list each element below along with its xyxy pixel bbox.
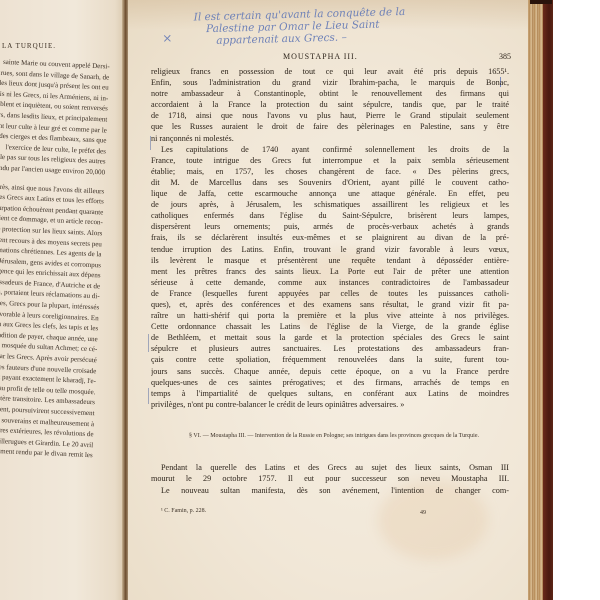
section-heading: § VI. — Moustapha III. — Intervention de… (166, 432, 502, 441)
text-line: privilèges, n'ont pu contre-balancer le … (151, 399, 509, 410)
text-line: ils levèrent le masque et présentèrent u… (151, 255, 509, 266)
text-line: Cette ordonnance chassait les Latins de … (151, 321, 509, 332)
signature-mark: 49 (420, 510, 426, 516)
footnote: ¹ C. Famin, p. 228. (161, 508, 206, 514)
left-page: LA TURQUIE. sainte Marie ou couvent appe… (0, 0, 125, 600)
pencil-margin-mark (150, 136, 151, 150)
body-text: religieux francs en possession de tout c… (151, 66, 509, 410)
text-line: Enfin, sous l'administration du grand vi… (151, 77, 509, 88)
cover-top-edge (530, 0, 552, 4)
left-running-head: LA TURQUIE. (2, 42, 56, 50)
open-book-photo: LA TURQUIE. sainte Marie ou couvent appe… (0, 0, 600, 600)
left-page-text: sainte Marie ou couvent appelé Dersi-rue… (0, 56, 110, 461)
text-line: notre ambassadeur à Constantinople, obti… (151, 88, 509, 99)
text-line: frais, ils se déclarèrent insultés eux-m… (151, 232, 509, 243)
text-line: France, toute intrigue des Grecs fut int… (151, 155, 509, 166)
text-line: ques), et, après des conférences et des … (151, 299, 509, 310)
text-line: temps à l'impartialité de quelques sulta… (151, 388, 509, 399)
text-line: que les Russes auraient le droit de fair… (151, 121, 509, 132)
text-line: çais contre cette spoliation, fréquemmen… (151, 354, 509, 365)
text-line: dit M. de Marcellus dans ses Souvenirs d… (151, 177, 509, 188)
text-line: tendue irruption des Latins. Enfin, trou… (151, 244, 509, 255)
text-line: établie; mais, en 1757, les choses chang… (151, 166, 509, 177)
text-line: de jours après, à Jérusalem, les schisma… (151, 199, 509, 210)
chapter-title: MOUSTAPHA III. (283, 52, 358, 61)
text-line: dispersèrent leurs ornements; puis, armé… (151, 221, 509, 232)
cross-mark-icon: × (162, 32, 172, 44)
page-number: 385 (499, 52, 511, 61)
text-line: lique de Jaffa, cette escarmouche annonç… (151, 188, 509, 199)
text-line: Pendant la querelle des Latins et des Gr… (151, 462, 509, 473)
text-line: catholiques enfermés dans l'église du Sa… (151, 210, 509, 221)
text-line: de 1718, ainsi que nous l'avons vu plus … (151, 110, 509, 121)
right-page: × Il est certain qu'avant la conquête de… (128, 0, 528, 600)
text-line: mourut le 29 octobre 1757. Il eut pour s… (151, 473, 509, 484)
text-line: accordaient à la France la protection du… (151, 99, 509, 110)
text-line: quelques-unes de ces saintes prérogative… (151, 377, 509, 388)
text-line: de Bethléem, et mettait sous la garde et… (151, 332, 509, 343)
pencil-margin-mark (148, 334, 149, 352)
body-text-continued: Pendant la querelle des Latins et des Gr… (151, 462, 509, 496)
text-line: de France (lesquelles furent appuyées pa… (151, 288, 509, 299)
text-line: Les capitulations de 1740 ayant confirmé… (151, 144, 509, 155)
text-line: religieux francs en possession de tout c… (151, 66, 509, 77)
pencil-margin-mark (148, 388, 149, 404)
book-cover (543, 0, 553, 600)
text-line: sépulcre et plusieurs autres sanctuaires… (151, 343, 509, 354)
text-line: jours sans succès. Chaque année, depuis … (151, 366, 509, 377)
text-line: ni rançonnés ni molestés. (151, 133, 509, 144)
text-line: Le nouveau sultan manifesta, dès son avé… (151, 485, 509, 496)
text-line: raître un hatti-shérif qui porta la prem… (151, 310, 509, 321)
text-line: ment les prêtres francs des saints lieux… (151, 266, 509, 277)
text-line: sérieuse à cette demande, comme aux inst… (151, 277, 509, 288)
handwritten-annotation: × Il est certain qu'avant la conquête de… (176, 4, 477, 48)
